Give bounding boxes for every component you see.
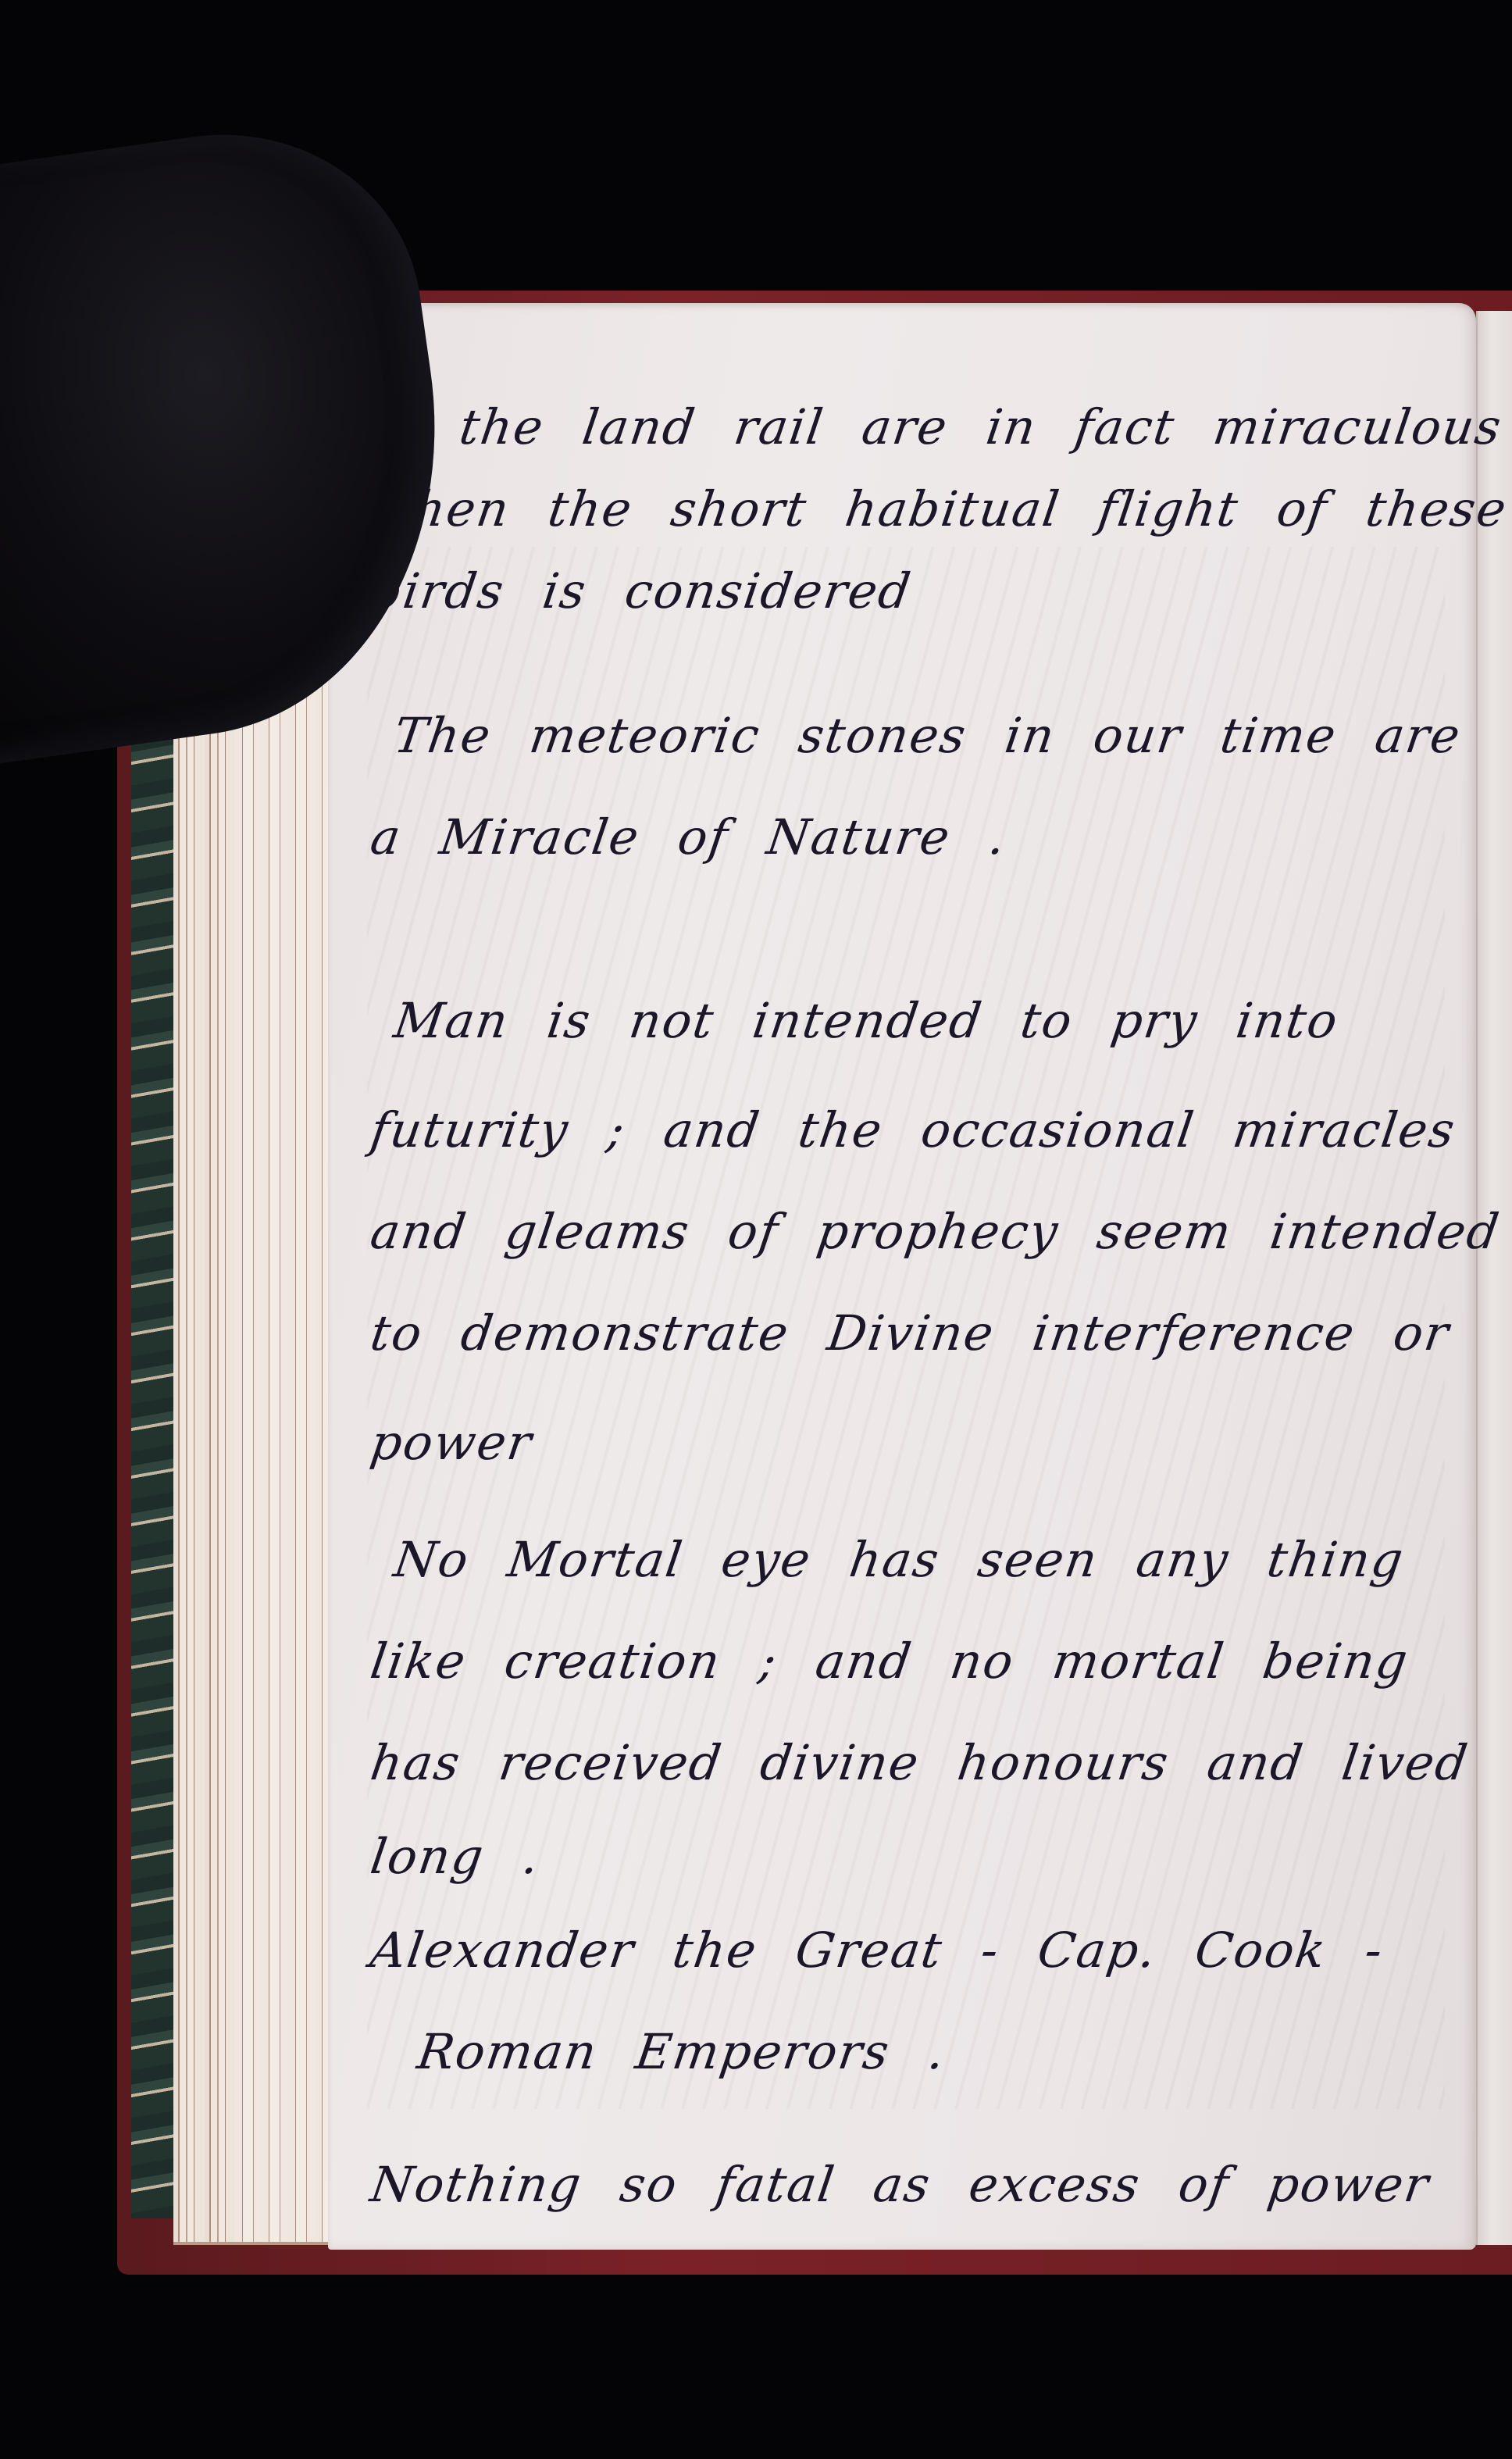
text-line: of the land rail are in fact miraculous — [367, 398, 1506, 455]
text-line: has received divine honours and lived — [367, 1734, 1472, 1791]
text-line: birds is considered — [367, 562, 915, 619]
text-line: power — [367, 1414, 537, 1471]
text-line: Roman Emperors . — [414, 2023, 950, 2080]
text-line: futurity ; and the occasional miracles — [367, 1101, 1460, 1158]
text-line: like creation ; and no mortal being — [367, 1633, 1412, 1690]
marbled-spine — [131, 500, 180, 2218]
text-line: Nothing so fatal as excess of power — [367, 2156, 1433, 2213]
text-line: No Mortal eye has seen any thing — [390, 1531, 1408, 1588]
text-line: a Miracle of Nature . — [367, 808, 1011, 865]
text-line: Alexander the Great - Cap. Cook - — [367, 1922, 1387, 1979]
text-line: when the short habitual flight of these — [367, 480, 1511, 537]
facing-page-edge — [1476, 311, 1512, 2245]
text-line: to demonstrate Divine interference or — [367, 1304, 1453, 1362]
text-line: long . — [367, 1828, 544, 1885]
text-line: The meteoric stones in our time are — [390, 707, 1465, 764]
text-line: Man is not intended to pry into — [390, 992, 1343, 1049]
text-line: and gleams of prophecy seem intended — [367, 1203, 1504, 1260]
photo-scene: of the land rail are in fact miraculous … — [0, 0, 1512, 2459]
